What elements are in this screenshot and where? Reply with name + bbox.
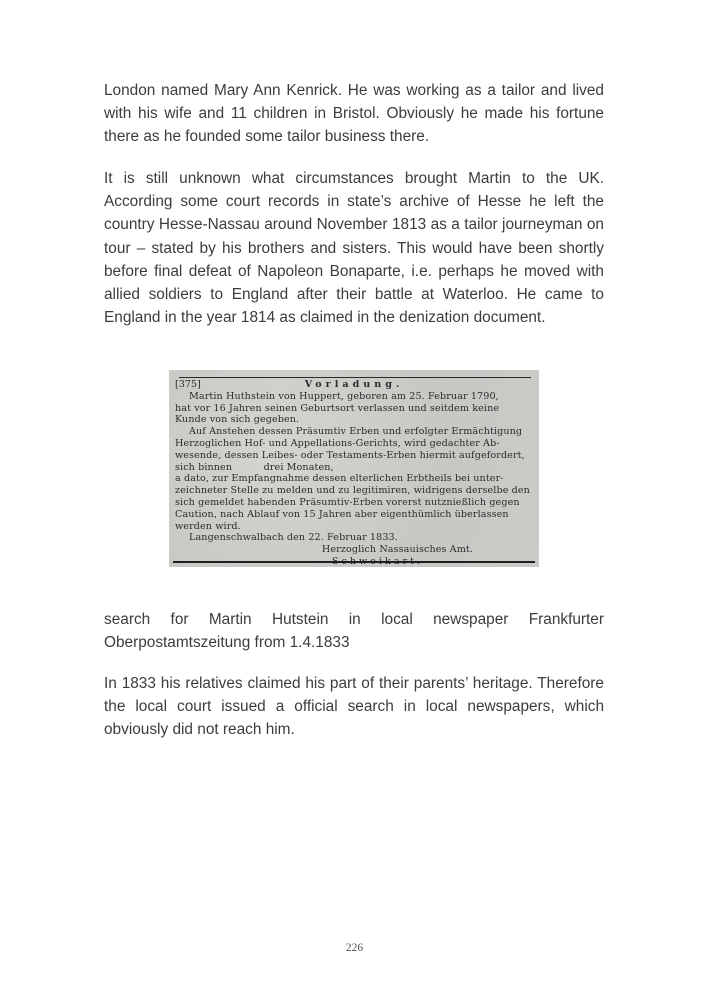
clipping-line: wesende, dessen Leibes- oder Testaments-… [175, 450, 533, 462]
clipping-line: Martin Huthstein von Huppert, geboren am… [175, 391, 533, 403]
page-number: 226 [0, 942, 709, 954]
paragraph-3: In 1833 his relatives claimed his part o… [104, 672, 604, 742]
figure-caption: search for Martin Hutstein in local news… [104, 608, 604, 654]
clipping-line: Herzoglichen Hof- und Appellations-Geric… [175, 438, 533, 450]
clipping-authority: Herzoglich Nassauisches Amt. [175, 544, 533, 556]
clipping-line: Auf Anstehen dessen Präsumtiv Erben und … [175, 426, 533, 438]
clipping-line: sich binnen drei Monaten, [175, 462, 533, 474]
clipping-line: a dato, zur Empfangnahme dessen elterlic… [175, 473, 533, 485]
clipping-text: [375] Vorladung. Martin Huthstein von Hu… [175, 379, 533, 567]
clipping-line: hat vor 16 Jahren seinen Geburtsort verl… [175, 403, 533, 415]
paragraph-2: It is still unknown what circumstances b… [104, 167, 604, 329]
clipping-heading-line: [375] Vorladung. [175, 379, 533, 391]
clipping-line: werden wird. [175, 521, 533, 533]
clipping-top-rule [179, 377, 531, 378]
clipping-bottom-rule [173, 561, 535, 563]
newspaper-clipping-image: [375] Vorladung. Martin Huthstein von Hu… [169, 370, 539, 567]
clipping-number: [375] [175, 379, 201, 391]
clipping-heading: Vorladung. [305, 379, 404, 390]
paragraph-1: London named Mary Ann Kenrick. He was wo… [104, 79, 604, 149]
clipping-place-date: Langenschwalbach den 22. Februar 1833. [175, 532, 533, 544]
clipping-line: Kunde von sich gegeben. [175, 414, 533, 426]
clipping-line: Caution, nach Ablauf von 15 Jahren aber … [175, 509, 533, 521]
document-page: London named Mary Ann Kenrick. He was wo… [0, 0, 709, 992]
clipping-line: sich gemeldet habenden Präsumtiv-Erben v… [175, 497, 533, 509]
clipping-line: zeichneter Stelle zu melden und zu legit… [175, 485, 533, 497]
